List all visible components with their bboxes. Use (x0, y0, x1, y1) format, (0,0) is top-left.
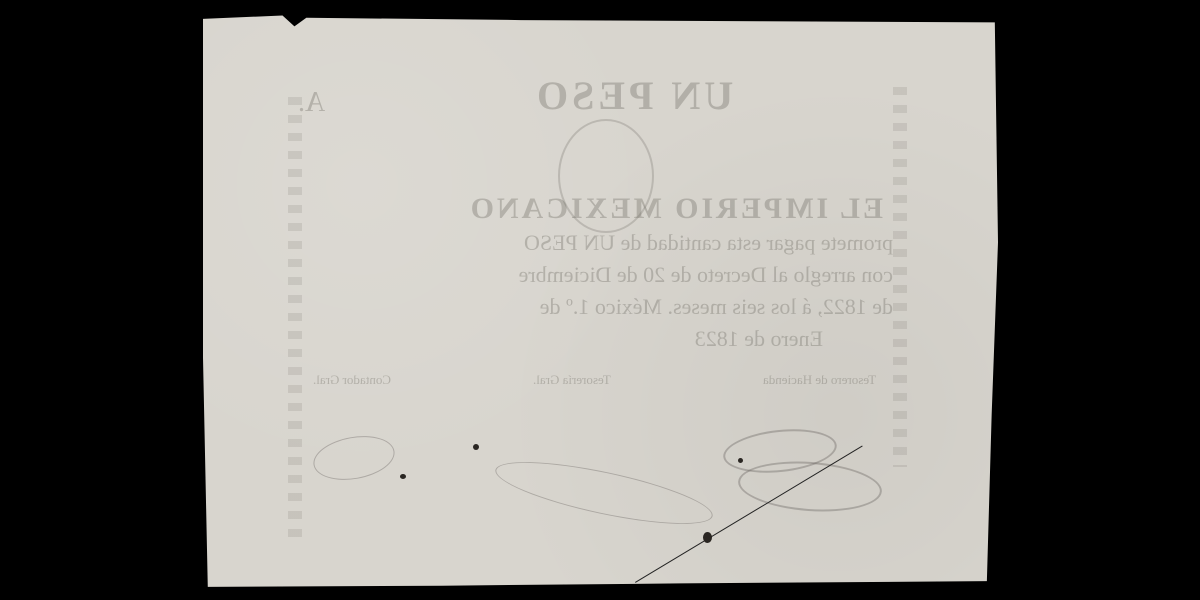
text-line: Enero de 1823 (623, 326, 823, 352)
banknote-paper: UN PESO A. EL IMPERIO MEXICANO promete p… (203, 12, 998, 588)
issuer-heading: EL IMPERIO MEXICANO (323, 192, 883, 226)
ink-spot (473, 444, 479, 450)
ink-spot (703, 532, 712, 543)
signature-label: Tesorero de Hacienda (763, 372, 876, 388)
text-line: con arreglo al Decreto de 20 de Diciembr… (293, 262, 893, 288)
text-line: promete pagar esta cantidad de UN PESO (293, 230, 893, 256)
right-ornamental-border (893, 87, 907, 467)
serial-letter: A. (298, 87, 325, 119)
signature-label: Contador Gral. (313, 372, 391, 388)
signature-label: Tesorería Gral. (533, 372, 611, 388)
signature-flourish (310, 430, 398, 486)
ink-spot (400, 474, 406, 479)
text-line: de 1822, á los seis meses. México 1.º de (293, 294, 893, 320)
ink-spot (738, 458, 743, 463)
denomination-title: UN PESO (533, 72, 733, 119)
signature-flourish (491, 449, 717, 536)
